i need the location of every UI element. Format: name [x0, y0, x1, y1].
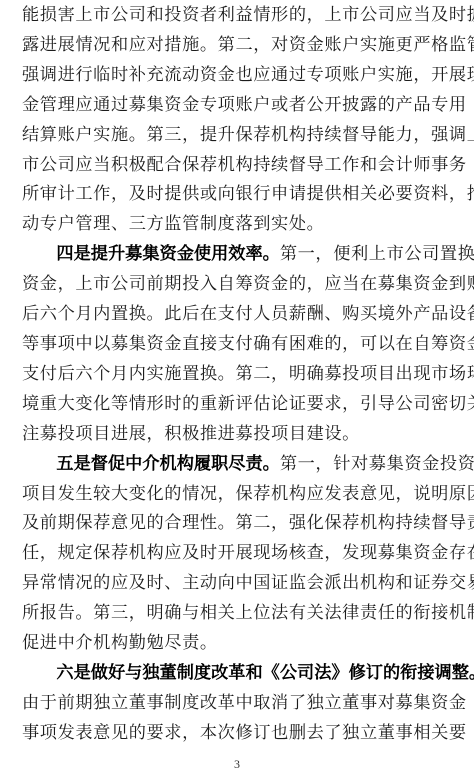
text-line: 促进中介机构勤勉尽责。 — [22, 629, 464, 659]
text-line: 异常情况的应及时、主动向中国证监会派出机构和证券交易 — [22, 569, 464, 599]
text-line: 后六个月内置换。此后在支付人员薪酬、购买境外产品设备 — [22, 300, 464, 330]
paragraph-heading: 六是做好与独董制度改革和《公司法》修订的衔接调整。 — [56, 663, 474, 683]
text-line: 五是督促中介机构履职尽责。第一，针对募集资金投资 — [22, 450, 464, 480]
text-line: 等事项中以募集资金直接支付确有困难的，可以在自筹资金 — [22, 330, 464, 360]
text-line: 露进展情况和应对措施。第二，对资金账户实施更严格监管， — [22, 31, 464, 61]
text-run: 第一，便利上市公司置换 — [280, 244, 474, 264]
text-line: 市公司应当积极配合保荐机构持续督导工作和会计师事务 — [22, 151, 464, 181]
paragraph-heading: 五是督促中介机构履职尽责。 — [56, 454, 279, 474]
text-line: 任，规定保荐机构应及时开展现场核查，发现募集资金存在 — [22, 539, 464, 569]
text-line: 注募投项目进展，积极推进募投项目建设。 — [22, 420, 464, 450]
paragraph-four: 四是提升募集资金使用效率。第一，便利上市公司置换 资金，上市公司前期投入自筹资金… — [22, 240, 464, 449]
text-line: 事项发表意见的要求，本次修订也删去了独立董事相关要 — [22, 719, 464, 749]
paragraph-heading: 四是提升募集资金使用效率。 — [56, 244, 279, 264]
paragraph-six: 六是做好与独董制度改革和《公司法》修订的衔接调整。 由于前期独立董事制度改革中取… — [22, 659, 464, 749]
text-line: 资金，上市公司前期投入自筹资金的，应当在募集资金到账 — [22, 270, 464, 300]
text-line: 所报告。第三，明确与相关上位法有关法律责任的衔接机制， — [22, 599, 464, 629]
text-line: 及前期保荐意见的合理性。第二，强化保荐机构持续督导责 — [22, 509, 464, 539]
paragraph-continued: 能损害上市公司和投资者利益情形的，上市公司应当及时披 露进展情况和应对措施。第二… — [22, 1, 464, 240]
text-line: 支付后六个月内实施置换。第二，明确募投项目出现市场环 — [22, 360, 464, 390]
text-line: 动专户管理、三方监管制度落到实处。 — [22, 210, 464, 240]
text-run: 第一，针对募集资金投资 — [280, 454, 474, 474]
text-line: 所审计工作，及时提供或向银行申请提供相关必要资料，推 — [22, 180, 464, 210]
text-line: 由于前期独立董事制度改革中取消了独立董事对募集资金 — [22, 689, 464, 719]
document-page: 能损害上市公司和投资者利益情形的，上市公司应当及时披 露进展情况和应对措施。第二… — [22, 1, 464, 749]
text-line: 项目发生较大变化的情况，保荐机构应发表意见，说明原因 — [22, 480, 464, 510]
text-line: 结算账户实施。第三，提升保荐机构持续督导能力，强调上 — [22, 121, 464, 151]
text-line: 能损害上市公司和投资者利益情形的，上市公司应当及时披 — [22, 1, 464, 31]
text-line: 四是提升募集资金使用效率。第一，便利上市公司置换 — [22, 240, 464, 270]
text-line: 强调进行临时补充流动资金也应通过专项账户实施，开展现 — [22, 61, 464, 91]
page-number: 3 — [0, 757, 474, 772]
paragraph-five: 五是督促中介机构履职尽责。第一，针对募集资金投资 项目发生较大变化的情况，保荐机… — [22, 450, 464, 659]
text-line: 六是做好与独董制度改革和《公司法》修订的衔接调整。 — [22, 659, 464, 689]
text-line: 境重大变化等情形时的重新评估论证要求，引导公司密切关 — [22, 390, 464, 420]
text-line: 金管理应通过募集资金专项账户或者公开披露的产品专用 — [22, 91, 464, 121]
